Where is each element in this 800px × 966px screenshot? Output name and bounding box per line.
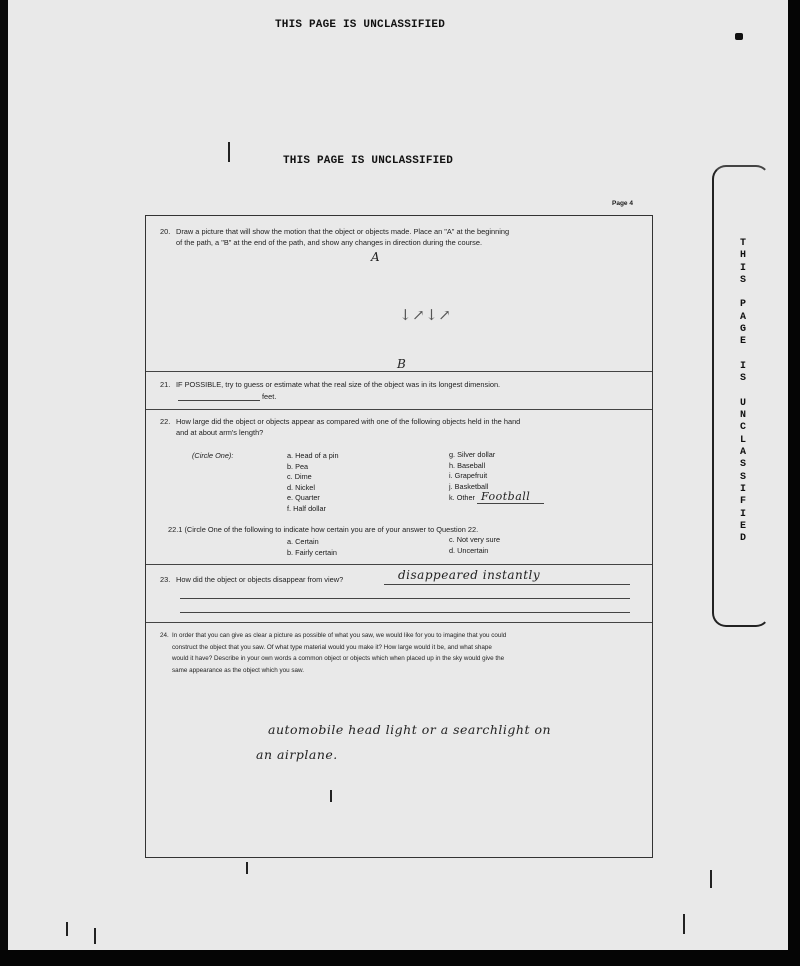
scan-artifact [246, 862, 248, 874]
question-21-text: 21.IF POSSIBLE, try to guess or estimate… [160, 379, 640, 390]
vertical-stamp-letter: I [740, 509, 746, 521]
vertical-stamp-letter: D [740, 533, 746, 545]
question-20-section: 20.Draw a picture that will show the mot… [146, 216, 652, 372]
scan-edge-right [788, 0, 800, 966]
vertical-stamp-letter: A [740, 312, 746, 324]
drawing-label-b: B [397, 357, 406, 371]
size-option[interactable]: e. Quarter [287, 493, 339, 504]
certainty-option[interactable]: c. Not very sure [449, 535, 500, 546]
answer-line-2 [180, 598, 630, 599]
disappearance-answer: disappeared instantly [398, 568, 540, 582]
answer-line-1 [384, 584, 630, 585]
size-option[interactable]: d. Nickel [287, 483, 339, 494]
scan-artifact [683, 914, 685, 934]
size-option[interactable]: a. Head of a pin [287, 451, 339, 462]
question-21-section: 21.IF POSSIBLE, try to guess or estimate… [146, 371, 652, 410]
answer-line-3 [180, 612, 630, 613]
motion-drawing: ↓↗↓↗ [399, 306, 451, 324]
vertical-stamp-letter: H [740, 250, 746, 262]
question-23-text: 23.How did the object or objects disappe… [160, 574, 343, 585]
vertical-stamp-letter: S [740, 459, 746, 471]
size-option[interactable]: f. Half dollar [287, 504, 339, 515]
size-unit-label: feet. [262, 391, 276, 402]
vertical-stamp-letter: G [740, 324, 746, 336]
vertical-stamp-letter: E [740, 336, 746, 348]
scan-artifact [228, 142, 230, 162]
classification-stamp-top: THIS PAGE IS UNCLASSIFIED [275, 19, 445, 31]
description-answer-line-1: automobile head light or a searchlight o… [268, 722, 551, 737]
certainty-options-left: a. Certain b. Fairly certain [287, 537, 337, 558]
certainty-option[interactable]: a. Certain [287, 537, 337, 548]
certainty-options-right: c. Not very sure d. Uncertain [449, 535, 500, 556]
question-20-text: 20.Draw a picture that will show the mot… [160, 226, 640, 248]
circle-one-instruction: (Circle One): [192, 451, 233, 462]
vertical-stamp-letter: S [740, 373, 746, 385]
vertical-stamp-letter: U [740, 398, 746, 410]
classification-stamp-vertical: THISPAGEISUNCLASSIFIED [736, 238, 750, 545]
page-number: Page 4 [612, 200, 633, 207]
vertical-stamp-letter: P [740, 299, 746, 311]
vertical-stamp-letter: T [740, 238, 746, 250]
question-22-1-text: 22.1 (Circle One of the following to ind… [168, 524, 638, 535]
vertical-stamp-letter: F [740, 496, 746, 508]
vertical-stamp-letter: I [740, 361, 746, 373]
vertical-stamp-letter: S [740, 275, 746, 287]
description-answer-line-2: an airplane. [256, 747, 338, 762]
scan-artifact [330, 790, 332, 802]
scan-edge-left [0, 0, 8, 966]
scan-edge-bottom [0, 950, 800, 966]
scan-artifact [94, 928, 96, 944]
scan-artifact [735, 33, 743, 40]
question-23-section: 23.How did the object or objects disappe… [146, 564, 652, 623]
certainty-option[interactable]: d. Uncertain [449, 546, 500, 557]
question-22-text: 22.How large did the object or objects a… [160, 416, 640, 438]
question-24-text: 24.In order that you can give as clear a… [160, 630, 645, 676]
vertical-stamp-letter: S [740, 472, 746, 484]
scan-artifact [710, 870, 712, 888]
size-option[interactable]: b. Pea [287, 462, 339, 473]
size-option[interactable]: c. Dime [287, 472, 339, 483]
size-option[interactable]: h. Baseball [449, 461, 544, 472]
vertical-stamp-letter: I [740, 263, 746, 275]
vertical-stamp-letter: C [740, 422, 746, 434]
vertical-stamp-letter: L [740, 435, 746, 447]
classification-stamp-middle: THIS PAGE IS UNCLASSIFIED [283, 155, 453, 167]
vertical-stamp-letter: A [740, 447, 746, 459]
size-options-left: a. Head of a pin b. Pea c. Dime d. Nicke… [287, 451, 339, 514]
other-size-answer: Football [477, 490, 544, 504]
vertical-stamp-letter: E [740, 521, 746, 533]
certainty-option[interactable]: b. Fairly certain [287, 548, 337, 559]
question-22-section: 22.How large did the object or objects a… [146, 409, 652, 565]
scan-artifact [66, 922, 68, 936]
drawing-label-a: A [371, 250, 380, 264]
questionnaire-form: 20.Draw a picture that will show the mot… [145, 215, 653, 858]
vertical-stamp-letter: I [740, 484, 746, 496]
size-options-right: g. Silver dollar h. Baseball i. Grapefru… [449, 450, 544, 504]
size-option[interactable]: g. Silver dollar [449, 450, 544, 461]
vertical-stamp-letter: N [740, 410, 746, 422]
question-24-section: 24.In order that you can give as clear a… [146, 622, 652, 857]
size-answer-blank[interactable] [178, 400, 260, 401]
size-option[interactable]: i. Grapefruit [449, 471, 544, 482]
size-option-other[interactable]: k. Other Football [449, 492, 544, 504]
